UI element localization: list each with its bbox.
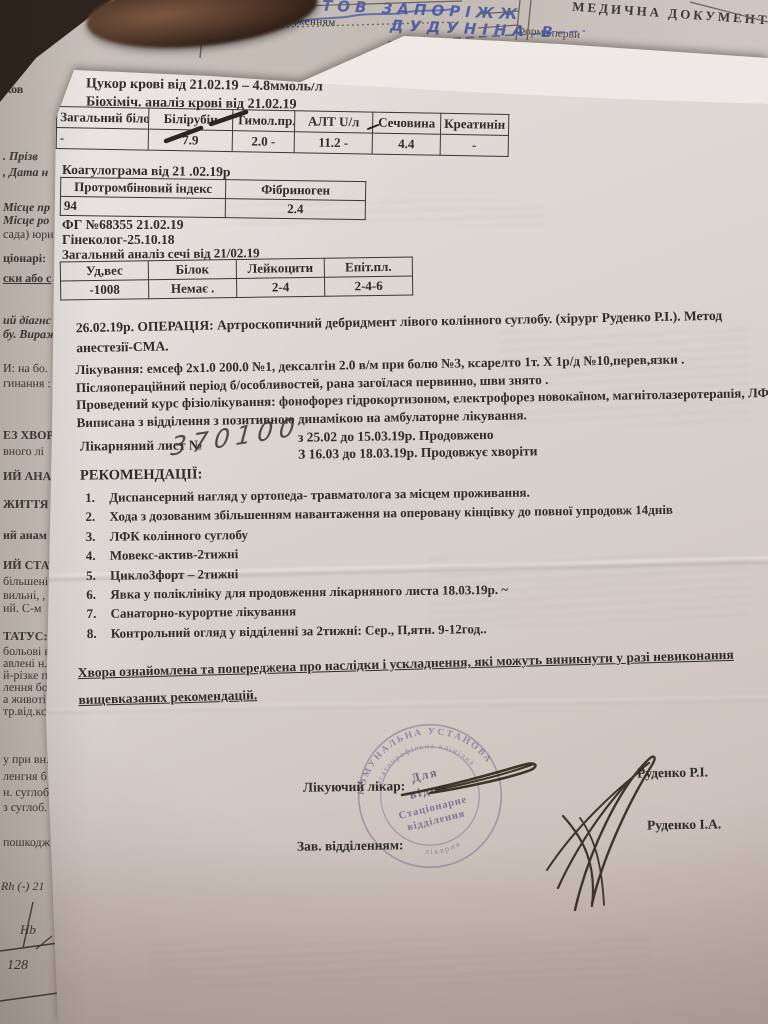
- sick-leave-dates: з 25.02 до 15.03.19р. Продовжено З 16.03…: [298, 425, 538, 462]
- photo-of-medical-discharge-document: Найменування за місцезнаходженням МЕДИЧН…: [0, 0, 768, 1024]
- attending-doctor-label: Лікуючий лікар:: [303, 778, 405, 795]
- table-cell: 2-4-6: [324, 276, 412, 296]
- recommendation-number: 7.: [84, 606, 110, 622]
- table-header: АЛТ U/л: [294, 111, 372, 133]
- table-cell: 7.9: [148, 129, 232, 151]
- recommendation-number: 8.: [85, 625, 111, 641]
- recommendation-number: 2.: [83, 509, 109, 525]
- table-header: Уд,вес: [60, 261, 148, 281]
- table-cell: 2.0 -: [232, 131, 294, 153]
- recommendation-text: Явка у поліклініку для продовження лікар…: [110, 582, 508, 603]
- table-cell: 4.4: [372, 133, 440, 155]
- table-header: Протромбіновий індекс: [61, 177, 226, 198]
- table-cell: Немає .: [149, 279, 237, 299]
- recommendation-number: 6.: [84, 587, 110, 603]
- recommendation-text: Цикло3форт – 2тижні: [110, 566, 238, 584]
- table-header: Сечовина: [372, 112, 440, 134]
- table-header: Лейкоцити: [236, 258, 324, 278]
- table-cell: -: [56, 128, 148, 151]
- recommendation-text: Контрольний огляд у відділенні за 2тижні…: [111, 621, 487, 642]
- stamp-ring-bottom-text: лікарня: [423, 838, 464, 859]
- table-header: Тимол.пр.: [233, 110, 295, 132]
- head-of-department-label: Зав. відділенням:: [297, 837, 404, 854]
- table-cell: 2-4: [237, 277, 325, 297]
- ink-bleed: [150, 937, 650, 987]
- recommendation-number: 5.: [84, 567, 110, 583]
- recommendation-text: Мовекс-актив-2тижні: [110, 546, 239, 564]
- table-header: Білірубін: [149, 108, 233, 130]
- sick-leave-line-2: З 16.03 до 18.03.19р. Продовжує хворіти: [298, 442, 538, 462]
- recommendation-number: 1.: [83, 490, 109, 506]
- table-header: Фібриноген: [225, 180, 365, 201]
- table-cell: 11.2 -: [294, 132, 372, 154]
- table-header: Креатинін: [440, 113, 508, 135]
- recommendations-list: 1.Диспансерний нагляд у ортопеда- травма…: [83, 482, 745, 645]
- treatment-paragraph: Лікування: емсеф 2х1.0 200.0 №1, дексалг…: [75, 349, 768, 431]
- table-cell: 2.4: [225, 199, 365, 220]
- recommendation-item: 8.Контрольний огляд у відділенні за 2тиж…: [85, 618, 745, 642]
- blood-sugar-line: Цукор крові від 21.02.19 – 4.8ммоль/л: [86, 76, 323, 95]
- table-cell: -1008: [61, 280, 149, 300]
- table-header: Білок: [148, 260, 236, 280]
- recommendation-text: Диспансерний нагляд у ортопеда- травмато…: [109, 485, 530, 506]
- table-cell: -: [440, 134, 508, 156]
- round-hospital-stamp: КОМУНАЛЬНА УСТАНОВА багатопрофільна клін…: [323, 689, 536, 902]
- discharge-summary-sheet: Цукор крові від 21.02.19 – 4.8ммоль/л Бі…: [0, 0, 768, 1024]
- svg-text:лікарня: лікарня: [423, 838, 464, 859]
- doctor-name-2: Руденко І.А.: [647, 816, 722, 833]
- table-header: Загальний білок: [57, 107, 149, 130]
- recommendation-number: 4.: [84, 548, 110, 564]
- paper-stack: Цукор крові від 21.02.19 – 4.8ммоль/л Бі…: [0, 0, 768, 1024]
- recommendations-title: РЕКОМЕНДАЦІЇ:: [80, 466, 203, 484]
- recommendation-number: 3.: [84, 528, 110, 544]
- coagulogram-table: Протромбіновий індекс Фібриноген 94 2.4: [60, 177, 367, 220]
- fg-line: ФГ №68355 21.02.19: [62, 217, 184, 233]
- biochem-table: Загальний білок Білірубін Тимол.пр. АЛТ …: [56, 106, 510, 157]
- recommendation-text: Санаторно-курортне лікування: [110, 604, 296, 622]
- table-header: Епіт.пл.: [324, 257, 412, 277]
- recommendation-text: ЛФК колінного суглобу: [110, 527, 249, 545]
- urine-table: Уд,вес Білок Лейкоцити Епіт.пл. -1008 Не…: [60, 257, 414, 301]
- table-cell: 94: [60, 196, 225, 217]
- doctor-name-1: Руденко Р.І.: [637, 764, 708, 781]
